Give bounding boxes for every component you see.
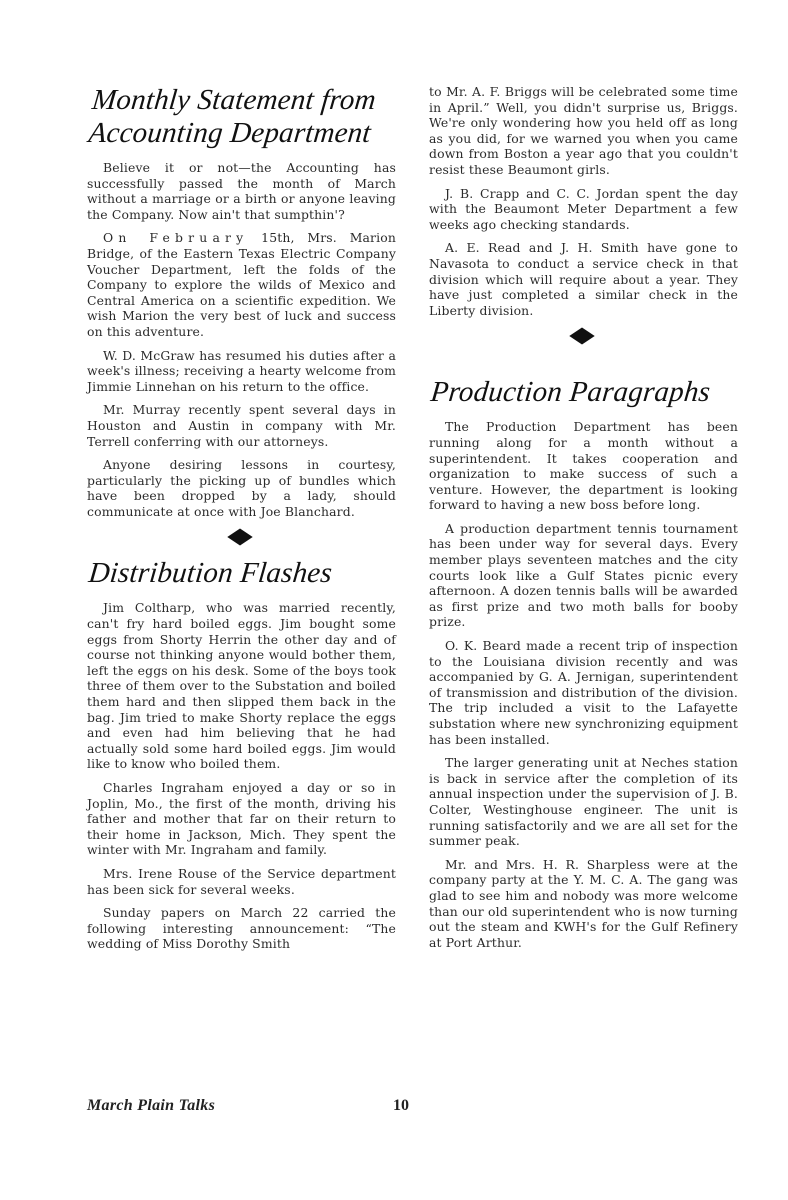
diamond-ornament-icon [569,328,594,345]
production-section-title: Production Paragraphs [429,376,741,409]
accounting-paragraph: Believe it or not—the Accounting has suc… [87,160,396,222]
accounting-paragraph: Anyone desiring lessons in courtesy, par… [87,457,396,519]
distribution-paragraph: Sunday papers on March 22 carried the fo… [87,905,396,952]
distribution-section-title: Distribution Flashes [87,557,399,590]
distribution-continued-paragraph: A. E. Read and J. H. Smith have gone to … [429,240,738,318]
production-paragraph: The Production Department has been runni… [429,419,738,513]
page-number: 10 [393,1097,409,1115]
lead-text-rest: 15th, Mrs. Marion [248,230,396,245]
distribution-continued-paragraph: J. B. Crapp and C. C. Jordan spent the d… [429,186,738,233]
spaced-lead-text: On February [103,230,248,245]
production-paragraph: The larger generating unit at Neches sta… [429,755,738,849]
distribution-paragraph: Charles Ingraham enjoyed a day or so in … [87,780,396,858]
production-paragraph: A production department tennis tournamen… [429,521,738,630]
section-separator [429,326,738,344]
accounting-paragraph: W. D. McGraw has resumed his duties afte… [87,348,396,395]
distribution-paragraph: Mrs. Irene Rouse of the Service departme… [87,866,396,897]
production-paragraph: O. K. Beard made a recent trip of inspec… [429,638,738,747]
publication-title: March Plain Talks [87,1097,215,1115]
accounting-section-title: Monthly Statement from Accounting Depart… [87,84,403,150]
production-paragraph: Mr. and Mrs. H. R. Sharpless were at the… [429,857,738,951]
right-column: to Mr. A. F. Briggs will be celebrated s… [429,84,738,958]
diamond-ornament-icon [227,529,252,546]
paragraph-body: Bridge, of the Eastern Texas Electric Co… [87,246,396,339]
accounting-paragraph: Mr. Murray recently spent several days i… [87,402,396,449]
distribution-paragraph: Jim Coltharp, who was married recently, … [87,600,396,772]
page-footer: March Plain Talks 10 [87,1097,737,1121]
distribution-continued-paragraph: to Mr. A. F. Briggs will be celebrated s… [429,84,738,178]
section-separator [87,527,396,545]
left-column: Monthly Statement from Accounting Depart… [87,84,396,960]
accounting-paragraph: On February 15th, Mrs. Marion Bridge, of… [87,230,396,339]
newsletter-page: Monthly Statement from Accounting Depart… [87,84,737,1124]
